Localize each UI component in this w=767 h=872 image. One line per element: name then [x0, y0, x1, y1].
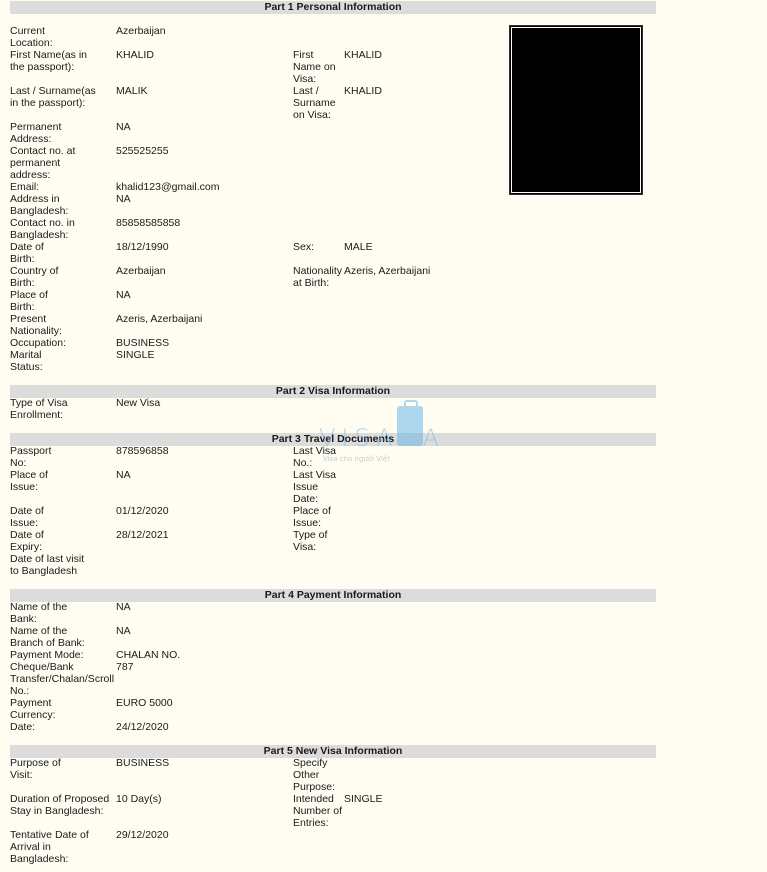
- section-header-part1: Part 1 Personal Information: [10, 1, 656, 14]
- occupation-label: Occupation:: [10, 337, 114, 349]
- date-issue-label: Date of Issue:: [10, 505, 114, 529]
- branch-name-value: NA: [116, 625, 131, 637]
- place-issue-value: NA: [116, 469, 131, 481]
- contact-permanent-label: Contact no. at permanent address:: [10, 145, 114, 181]
- other-purpose-label: Specify Other Purpose:: [293, 757, 343, 793]
- visa-type-label: Type of Visa Enrollment:: [10, 397, 114, 421]
- type-of-visa-label: Type of Visa:: [293, 529, 343, 553]
- purpose-label: Purpose of Visit:: [10, 757, 114, 781]
- email-label: Email:: [10, 181, 114, 193]
- arrival-date-value: 29/12/2020: [116, 829, 169, 841]
- passport-no-label: Passport No:: [10, 445, 114, 469]
- country-birth-value: Azerbaijan: [116, 265, 166, 277]
- first-name-label: First Name(as in the passport):: [10, 49, 114, 73]
- last-name-visa-value: KHALID: [344, 85, 382, 97]
- first-name-visa-label: First Name on Visa:: [293, 49, 343, 85]
- passport-no-value: 878596858: [116, 445, 169, 457]
- currency-label: Payment Currency:: [10, 697, 114, 721]
- marital-status-value: SINGLE: [116, 349, 155, 361]
- first-name-value: KHALID: [116, 49, 154, 61]
- nationality-birth-label: Nationality at Birth:: [293, 265, 343, 289]
- applicant-photo: [509, 25, 643, 195]
- payment-date-value: 24/12/2020: [116, 721, 169, 733]
- date-expiry-label: Date of Expiry:: [10, 529, 114, 553]
- duration-value: 10 Day(s): [116, 793, 162, 805]
- present-nationality-label: Present Nationality:: [10, 313, 114, 337]
- bank-name-label: Name of the Bank:: [10, 601, 114, 625]
- last-visa-issue-date-label: Last Visa Issue Date:: [293, 469, 343, 505]
- occupation-value: BUSINESS: [116, 337, 169, 349]
- arrival-date-label: Tentative Date of Arrival in Bangladesh:: [10, 829, 114, 865]
- duration-label: Duration of Proposed Stay in Bangladesh:: [10, 793, 120, 817]
- last-name-label: Last / Surname(as in the passport):: [10, 85, 114, 109]
- date-issue-value: 01/12/2020: [116, 505, 169, 517]
- nationality-birth-value: Azeris, Azerbaijani: [344, 265, 430, 277]
- last-name-visa-label: Last / Surname on Visa:: [293, 85, 343, 121]
- transfer-no-label: Cheque/Bank Transfer/Chalan/Scroll No.:: [10, 661, 130, 697]
- present-nationality-value: Azeris, Azerbaijani: [116, 313, 202, 325]
- permanent-address-label: Permanent Address:: [10, 121, 114, 145]
- visa-type-value: New Visa: [116, 397, 160, 409]
- transfer-no-value: 787: [116, 661, 134, 673]
- payment-mode-value: CHALAN NO.: [116, 649, 180, 661]
- place-birth-label: Place of Birth:: [10, 289, 114, 313]
- currency-value: EURO 5000: [116, 697, 173, 709]
- payment-date-label: Date:: [10, 721, 114, 733]
- dob-label: Date of Birth:: [10, 241, 114, 265]
- last-visa-no-label: Last Visa No.:: [293, 445, 343, 469]
- entries-value: SINGLE: [344, 793, 383, 805]
- payment-mode-label: Payment Mode:: [10, 649, 114, 661]
- first-name-visa-value: KHALID: [344, 49, 382, 61]
- permanent-address-value: NA: [116, 121, 131, 133]
- purpose-value: BUSINESS: [116, 757, 169, 769]
- address-bd-label: Address in Bangladesh:: [10, 193, 114, 217]
- dob-value: 18/12/1990: [116, 241, 169, 253]
- contact-bd-value: 85858585858: [116, 217, 180, 229]
- contact-permanent-value: 525525255: [116, 145, 169, 157]
- current-location-label: Current Location:: [10, 25, 114, 49]
- place-birth-value: NA: [116, 289, 131, 301]
- date-expiry-value: 28/12/2021: [116, 529, 169, 541]
- bank-name-value: NA: [116, 601, 131, 613]
- marital-status-label: Marital Status:: [10, 349, 114, 373]
- email-value: khalid123@gmail.com: [116, 181, 219, 193]
- contact-bd-label: Contact no. in Bangladesh:: [10, 217, 114, 241]
- last-name-value: MALIK: [116, 85, 148, 97]
- sex-label: Sex:: [293, 241, 343, 253]
- branch-name-label: Name of the Branch of Bank:: [10, 625, 114, 649]
- country-birth-label: Country of Birth:: [10, 265, 114, 289]
- address-bd-value: NA: [116, 193, 131, 205]
- current-location-value: Azerbaijan: [116, 25, 166, 37]
- entries-label: Intended Number of Entries:: [293, 793, 343, 829]
- last-visit-label: Date of last visit to Bangladesh: [10, 553, 114, 577]
- sex-value: MALE: [344, 241, 373, 253]
- visa-place-issue-label: Place of Issue:: [293, 505, 343, 529]
- place-issue-label: Place of Issue:: [10, 469, 114, 493]
